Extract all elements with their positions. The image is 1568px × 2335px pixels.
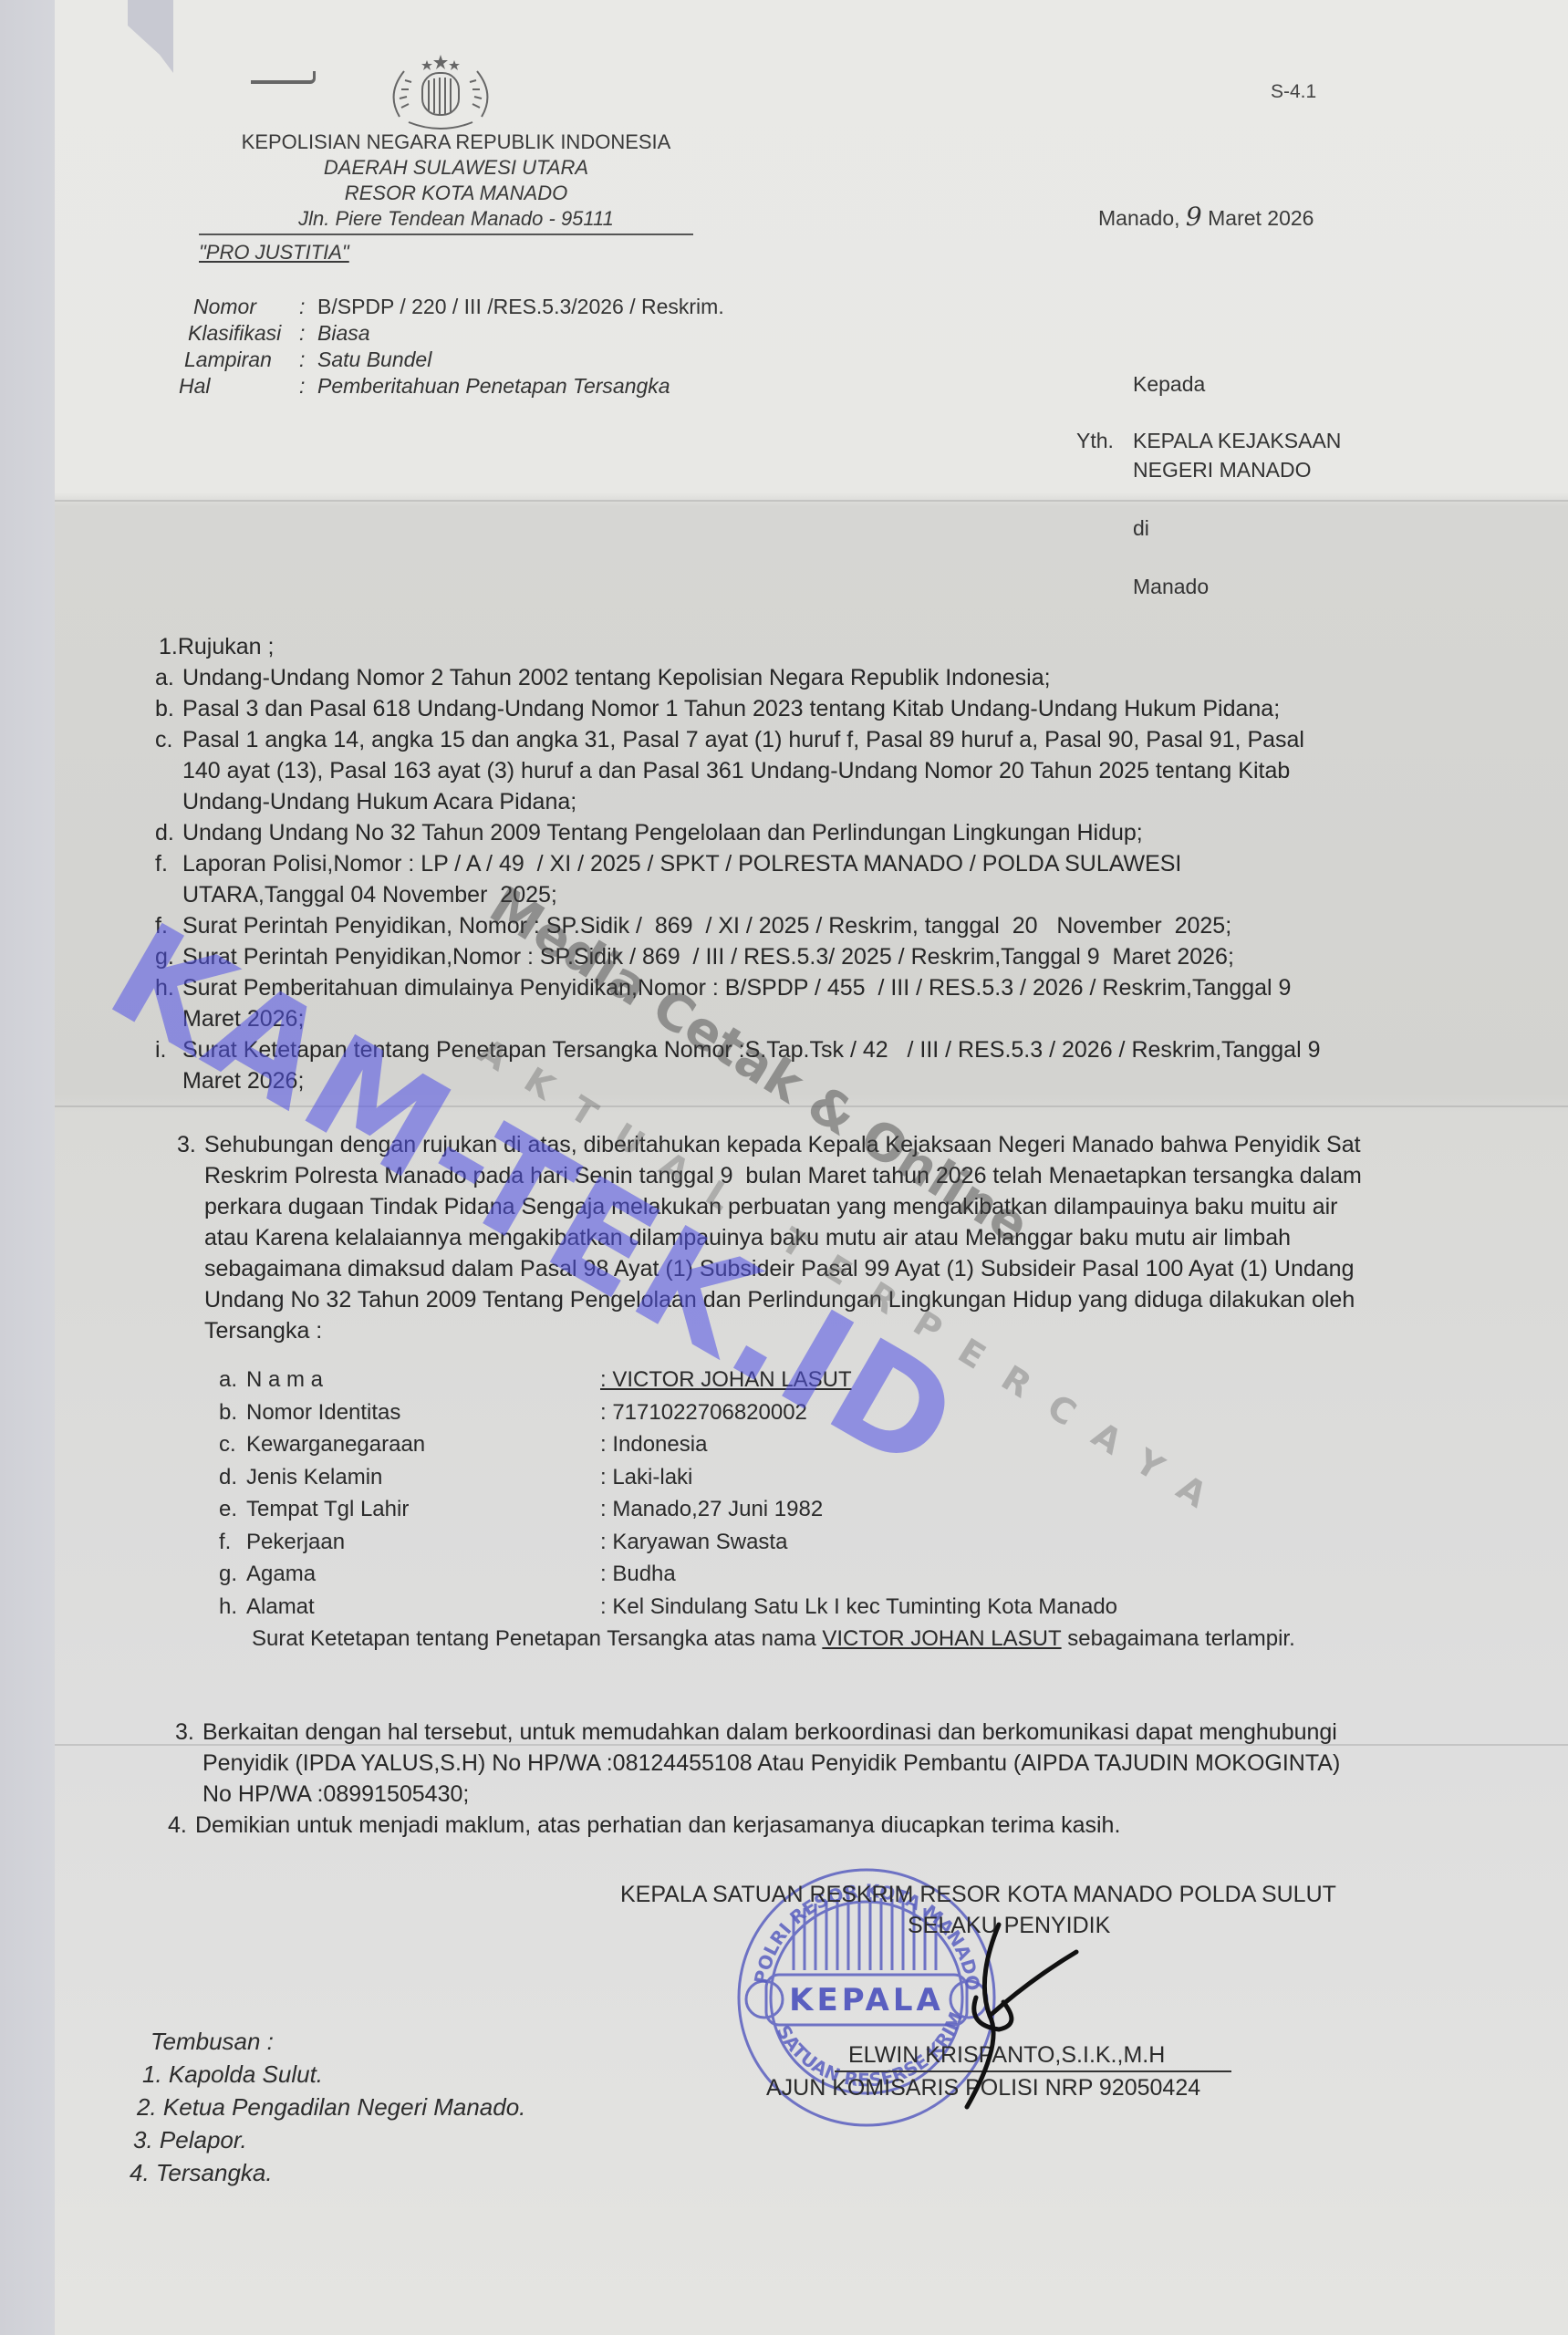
yth: Yth.	[1076, 426, 1133, 455]
addressee-name: KEPALA KEJAKSAAN	[1133, 426, 1341, 455]
suspect-field-key: h.	[219, 1591, 246, 1624]
suspect-name-underlined: VICTOR JOHAN LASUT	[822, 1623, 1061, 1655]
suspect-field: d.Jenis Kelamin: Laki-laki	[219, 1461, 1295, 1494]
suspect-field-label: Pekerjaan	[246, 1526, 600, 1559]
addressee-line: Yth.KEPALA KEJAKSAAN	[1076, 426, 1341, 455]
form-code: S-4.1	[1271, 78, 1316, 106]
meta-value: Biasa	[317, 320, 370, 347]
handwritten-day: 9	[1186, 202, 1202, 232]
tembusan-item: 1. Kapolda Sulut.	[142, 2058, 525, 2091]
suspect-field-key: a.	[219, 1364, 246, 1396]
rujukan-text: Surat Ketetapan tentang Penetapan Tersan…	[182, 1034, 1320, 1096]
suspect-field-value: : VICTOR JOHAN LASUT	[600, 1364, 852, 1396]
suspect-field: g.Agama: Budha	[219, 1558, 1295, 1591]
point-3: 3. Sehubungan dengan rujukan di atas, di…	[177, 1129, 1450, 1346]
meta-row-klasifikasi: Klasifikasi: Biasa	[188, 320, 724, 347]
tembusan-heading: Tembusan :	[151, 2025, 525, 2058]
rujukan-list: a.Undang-Undang Nomor 2 Tahun 2002 tenta…	[155, 662, 1450, 1096]
suspect-field-label: Jenis Kelamin	[246, 1461, 600, 1494]
suspect-identity: a.N a m a: VICTOR JOHAN LASUTb.Nomor Ide…	[219, 1364, 1295, 1655]
addressee: Kepada Yth.KEPALA KEJAKSAAN NEGERI MANAD…	[1076, 369, 1341, 601]
rujukan-text: Undang-Undang Nomor 2 Tahun 2002 tentang…	[182, 662, 1051, 693]
suspect-field-label: N a m a	[246, 1364, 600, 1396]
suspect-field-value: : Indonesia	[600, 1428, 707, 1461]
rujukan-text: Pasal 1 angka 14, angka 15 dan angka 31,…	[182, 724, 1304, 817]
tembusan-item: 3. Pelapor.	[133, 2123, 525, 2156]
addressee-city: Manado	[1133, 572, 1341, 601]
meta-row-nomor: Nomor: B/SPDP / 220 / III /RES.5.3/2026 …	[193, 294, 724, 320]
polri-crest-icon	[381, 53, 500, 131]
suspect-field-value: : Manado,27 Juni 1982	[600, 1493, 823, 1526]
suspect-field-value: : 7171022706820002	[600, 1396, 807, 1429]
letterhead-divider	[199, 233, 693, 235]
place: Manado,	[1098, 206, 1180, 230]
suspect-field-key: d.	[219, 1461, 246, 1494]
meta-label: Klasifikasi	[188, 320, 299, 347]
rujukan-heading: 1.Rujukan ;	[159, 631, 1450, 662]
point-3-text: Sehubungan dengan rujukan di atas, diber…	[204, 1129, 1362, 1346]
suspect-field-label: Tempat Tgl Lahir	[246, 1493, 600, 1526]
rujukan-text: Surat Perintah Penyidikan,Nomor : SP.Sid…	[182, 941, 1234, 972]
suspect-field-label: Agama	[246, 1558, 600, 1591]
suspect-field-value: : Karyawan Swasta	[600, 1526, 787, 1559]
rujukan-item: h.Surat Pemberitahuan dimulainya Penyidi…	[155, 972, 1450, 1034]
letter-body: 1.Rujukan ; a.Undang-Undang Nomor 2 Tahu…	[155, 631, 1450, 1346]
rujukan-item: a.Undang-Undang Nomor 2 Tahun 2002 tenta…	[155, 662, 1450, 693]
staple	[251, 71, 316, 84]
meta-label: Lampiran	[184, 347, 299, 373]
meta-value: B/SPDP / 220 / III /RES.5.3/2026 / Reskr…	[317, 294, 724, 320]
letterhead-line: DAERAH SULAWESI UTARA	[210, 155, 702, 181]
point-3b: 3. Berkaitan dengan hal tersebut, untuk …	[175, 1717, 1450, 1810]
suspect-field-label: Kewarganegaraan	[246, 1428, 600, 1461]
rujukan-item: f.Surat Perintah Penyidikan, Nomor : SP.…	[155, 910, 1450, 941]
suspect-field-value: : Budha	[600, 1558, 676, 1591]
meta-row-hal: Hal: Pemberitahuan Penetapan Tersangka	[179, 373, 724, 400]
suspect-field: c.Kewarganegaraan: Indonesia	[219, 1428, 1295, 1461]
suspect-field-key: f.	[219, 1526, 246, 1559]
rujukan-item: b.Pasal 3 dan Pasal 618 Undang-Undang No…	[155, 693, 1450, 724]
meta-value: Pemberitahuan Penetapan Tersangka	[317, 373, 670, 400]
rujukan-text: Laporan Polisi,Nomor : LP / A / 49 / XI …	[182, 848, 1181, 910]
kepada: Kepada	[1133, 369, 1341, 399]
meta-label: Nomor	[193, 294, 299, 320]
letterhead-line: RESOR KOTA MANADO	[210, 181, 702, 206]
letter-meta: Nomor: B/SPDP / 220 / III /RES.5.3/2026 …	[182, 294, 724, 400]
point-3b-text: Berkaitan dengan hal tersebut, untuk mem…	[202, 1717, 1340, 1810]
letterhead-line: KEPOLISIAN NEGARA REPUBLIK INDONESIA	[210, 130, 702, 155]
closing-points: 3. Berkaitan dengan hal tersebut, untuk …	[155, 1717, 1450, 1841]
suspect-field: f.Pekerjaan: Karyawan Swasta	[219, 1526, 1295, 1559]
suspect-field: h.Alamat: Kel Sindulang Satu Lk I kec Tu…	[219, 1591, 1295, 1624]
rujukan-text: Surat Pemberitahuan dimulainya Penyidika…	[182, 972, 1291, 1034]
rujukan-item: i.Surat Ketetapan tentang Penetapan Ters…	[155, 1034, 1450, 1096]
suspect-field-key: e.	[219, 1493, 246, 1526]
rujukan-item: c.Pasal 1 angka 14, angka 15 dan angka 3…	[155, 724, 1450, 817]
tembusan-item: 4. Tersangka.	[130, 2156, 525, 2189]
rujukan-item: f.Laporan Polisi,Nomor : LP / A / 49 / X…	[155, 848, 1450, 910]
suspect-field-label: Alamat	[246, 1591, 600, 1624]
suspect-field-key: b.	[219, 1396, 246, 1429]
rujukan-text: Undang Undang No 32 Tahun 2009 Tentang P…	[182, 817, 1143, 848]
rujukan-text: Pasal 3 dan Pasal 618 Undang-Undang Nomo…	[182, 693, 1280, 724]
pro-justitia: "PRO JUSTITIA"	[199, 239, 349, 266]
suspect-field-key: g.	[219, 1558, 246, 1591]
rujukan-text: Surat Perintah Penyidikan, Nomor : SP.Si…	[182, 910, 1231, 941]
di: di	[1133, 514, 1341, 543]
point-4: 4. Demikian untuk menjadi maklum, atas p…	[168, 1810, 1450, 1841]
meta-value: Satu Bundel	[317, 347, 431, 373]
suspect-field: b.Nomor Identitas: 7171022706820002	[219, 1396, 1295, 1429]
place-date: Manado, 9 Maret 2026	[1098, 203, 1314, 232]
suspect-field-key: c.	[219, 1428, 246, 1461]
point-4-text: Demikian untuk menjadi maklum, atas perh…	[195, 1810, 1120, 1841]
signatory-title: KEPALA SATUAN RESKRIM RESOR KOTA MANADO …	[620, 1879, 1336, 1910]
suspect-field-value: : Kel Sindulang Satu Lk I kec Tuminting …	[600, 1591, 1117, 1624]
suspect-field-value: : Laki-laki	[600, 1461, 692, 1494]
month-year: Maret 2026	[1208, 206, 1314, 230]
rujukan-item: g.Surat Perintah Penyidikan,Nomor : SP.S…	[155, 941, 1450, 972]
addressee-name-2: NEGERI MANADO	[1133, 455, 1341, 484]
handwritten-signature	[912, 1915, 1085, 2116]
suspect-field-label: Nomor Identitas	[246, 1396, 600, 1429]
letterhead-address: Jln. Piere Tendean Manado - 95111	[210, 206, 702, 232]
suspect-field: e.Tempat Tgl Lahir: Manado,27 Juni 1982	[219, 1493, 1295, 1526]
suspect-field: a.N a m a: VICTOR JOHAN LASUT	[219, 1364, 1295, 1396]
tembusan-item: 2. Ketua Pengadilan Negeri Manado.	[137, 2091, 525, 2123]
letterhead: KEPOLISIAN NEGARA REPUBLIK INDONESIA DAE…	[210, 130, 702, 232]
meta-label: Hal	[179, 373, 299, 400]
tembusan: Tembusan : 1. Kapolda Sulut. 2. Ketua Pe…	[137, 2025, 525, 2189]
attachment-note: Surat Ketetapan tentang Penetapan Tersan…	[252, 1623, 1295, 1655]
rujukan-item: d.Undang Undang No 32 Tahun 2009 Tentang…	[155, 817, 1450, 848]
meta-row-lampiran: Lampiran: Satu Bundel	[184, 347, 724, 373]
